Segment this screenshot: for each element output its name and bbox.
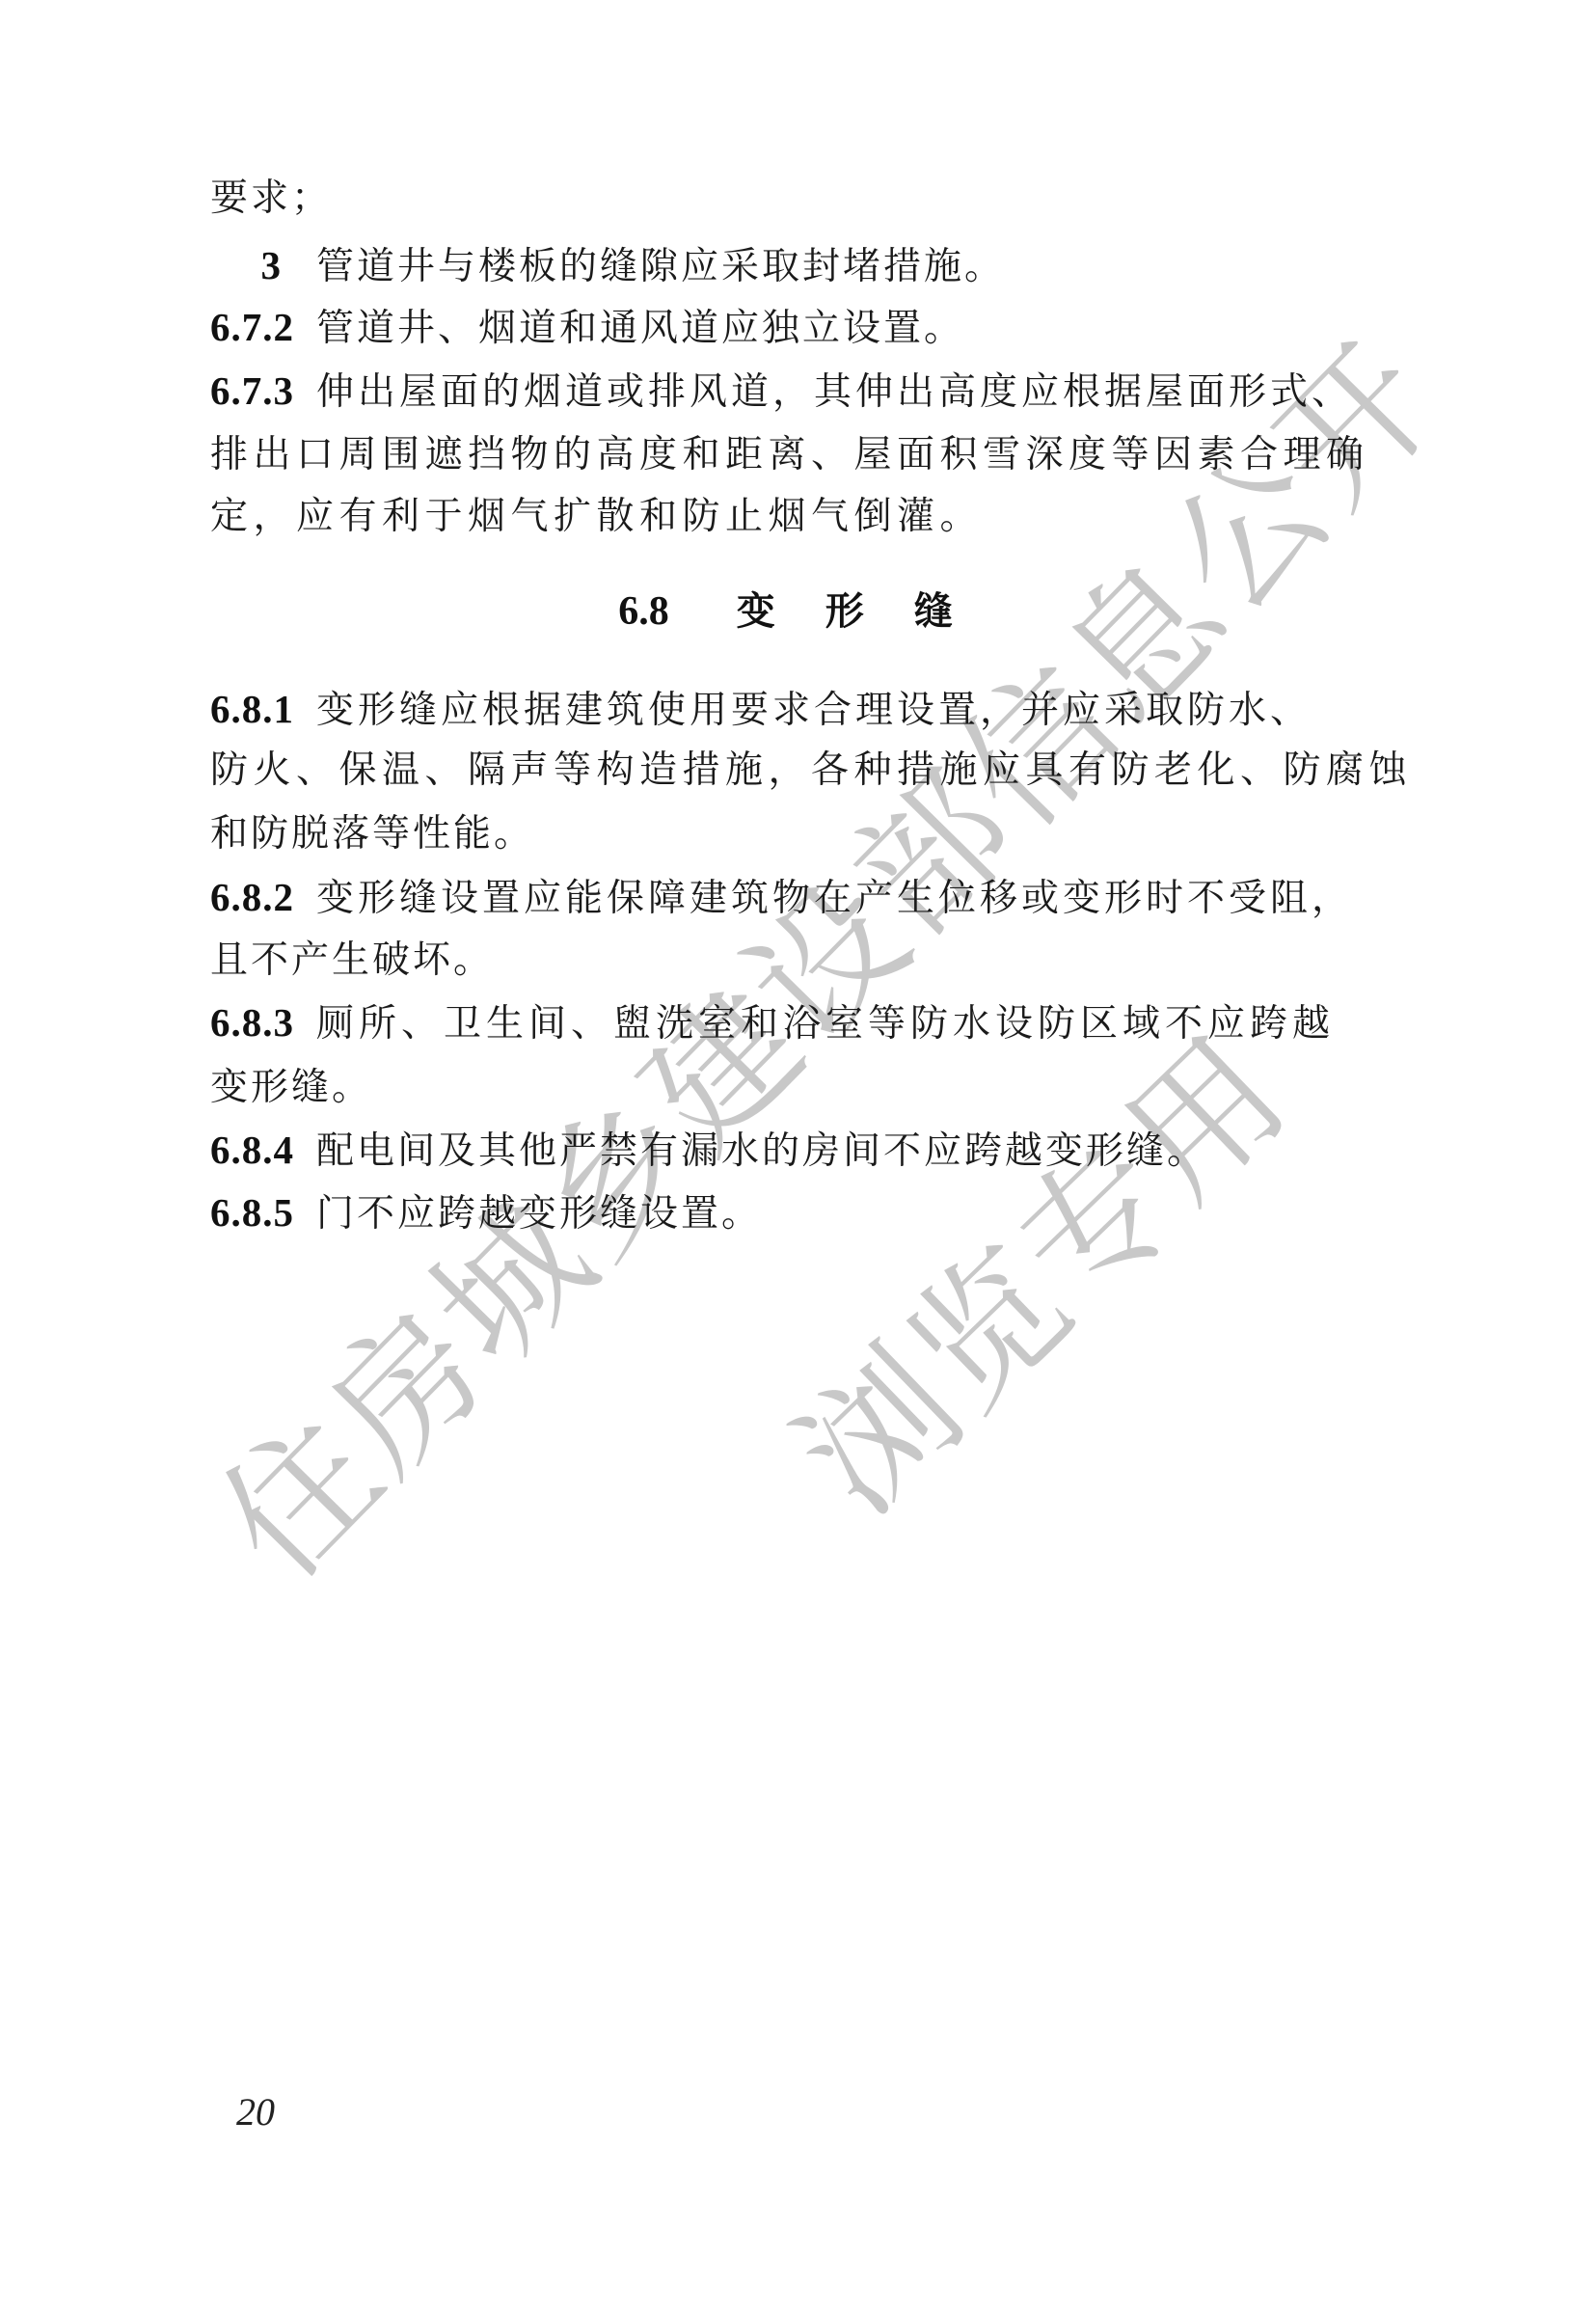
section-number: 6.8 bbox=[618, 589, 669, 634]
clause-text-line-3: 定，应有利于烟气扩散和防止烟气倒灌。 bbox=[210, 485, 983, 549]
section-title-char: 变 bbox=[737, 580, 775, 643]
clause-6-7-3: 6.7.3伸出屋面的烟道或排风道，其伸出高度应根据屋面形式、 bbox=[210, 359, 1386, 422]
clause-text-line-2: 且不产生破坏。 bbox=[210, 929, 494, 992]
clause-6-8-2-continued: 且不产生破坏。 bbox=[210, 929, 1386, 992]
clause-number: 6.8.1 bbox=[210, 677, 316, 741]
clause-6-8-4: 6.8.4配电间及其他严禁有漏水的房间不应跨越变形缝。 bbox=[210, 1118, 1386, 1182]
clause-6-8-2: 6.8.2变形缝设置应能保障建筑物在产生位移或变形时不受阻， bbox=[210, 865, 1386, 929]
continuation-text-content: 要求； bbox=[210, 167, 332, 231]
clause-text: 门不应跨越变形缝设置。 bbox=[316, 1183, 762, 1246]
clause-text-line-1: 伸出屋面的烟道或排风道，其伸出高度应根据屋面形式、 bbox=[316, 361, 1353, 424]
clause-6-8-1: 6.8.1变形缝应根据建筑使用要求合理设置，并应采取防水、 bbox=[210, 677, 1386, 741]
clause-text-line-1: 厕所、卫生间、盥洗室和浴室等防水设防区域不应跨越 bbox=[316, 992, 1335, 1056]
clause-text: 配电间及其他严禁有漏水的房间不应跨越变形缝。 bbox=[316, 1120, 1207, 1183]
clause-number: 6.7.3 bbox=[210, 359, 316, 422]
page-number: 20 bbox=[236, 2089, 275, 2134]
clause-6-8-3: 6.8.3厕所、卫生间、盥洗室和浴室等防水设防区域不应跨越 bbox=[210, 991, 1386, 1054]
clause-text-line-2: 排出口周围遮挡物的高度和距离、屋面积雪深度等因素合理确 bbox=[210, 423, 1369, 487]
item-number: 3 bbox=[210, 233, 282, 297]
clause-6-8-5: 6.8.5门不应跨越变形缝设置。 bbox=[210, 1181, 1386, 1244]
clause-6-7-2: 6.7.2管道井、烟道和通风道应独立设置。 bbox=[210, 295, 1386, 359]
clause-6-8-3-continued: 变形缝。 bbox=[210, 1056, 1386, 1120]
clause-number: 6.8.5 bbox=[210, 1181, 316, 1244]
clause-6-8-1-continued: 防火、保温、隔声等构造措施，各种措施应具有防老化、防腐蚀 bbox=[210, 739, 1386, 802]
clause-text-line-3: 和防脱落等性能。 bbox=[210, 802, 534, 866]
clause-text-line-1: 变形缝设置应能保障建筑物在产生位移或变形时不受阻， bbox=[316, 867, 1353, 931]
clause-6-7-3-continued: 排出口周围遮挡物的高度和距离、屋面积雪深度等因素合理确 bbox=[210, 423, 1386, 487]
clause-number: 6.8.2 bbox=[210, 865, 316, 929]
clause-text: 管道井、烟道和通风道应独立设置。 bbox=[316, 297, 964, 361]
document-page: 住房城乡建设部信息公开 浏览专用 要求； 3管道井与楼板的缝隙应采取封堵措施。 … bbox=[0, 0, 1596, 2311]
section-title-char: 形 bbox=[825, 580, 864, 643]
clause-6-8-1-continued: 和防脱落等性能。 bbox=[210, 802, 1386, 866]
clause-number: 6.8.4 bbox=[210, 1118, 316, 1182]
item-text: 管道井与楼板的缝隙应采取封堵措施。 bbox=[316, 235, 1005, 299]
continuation-text: 要求； bbox=[210, 167, 1386, 231]
clause-text-line-2: 防火、保温、隔声等构造措施，各种措施应具有防老化、防腐蚀 bbox=[210, 739, 1412, 802]
section-title-char: 缝 bbox=[914, 580, 953, 643]
item-3: 3管道井与楼板的缝隙应采取封堵措施。 bbox=[210, 233, 1386, 297]
clause-6-7-3-continued: 定，应有利于烟气扩散和防止烟气倒灌。 bbox=[210, 485, 1386, 549]
section-heading: 6.8变形缝 bbox=[0, 580, 1596, 643]
clause-number: 6.8.3 bbox=[210, 991, 316, 1054]
clause-text-line-1: 变形缝应根据建筑使用要求合理设置，并应采取防水、 bbox=[316, 679, 1312, 743]
clause-number: 6.7.2 bbox=[210, 295, 316, 359]
clause-text-line-2: 变形缝。 bbox=[210, 1056, 372, 1120]
